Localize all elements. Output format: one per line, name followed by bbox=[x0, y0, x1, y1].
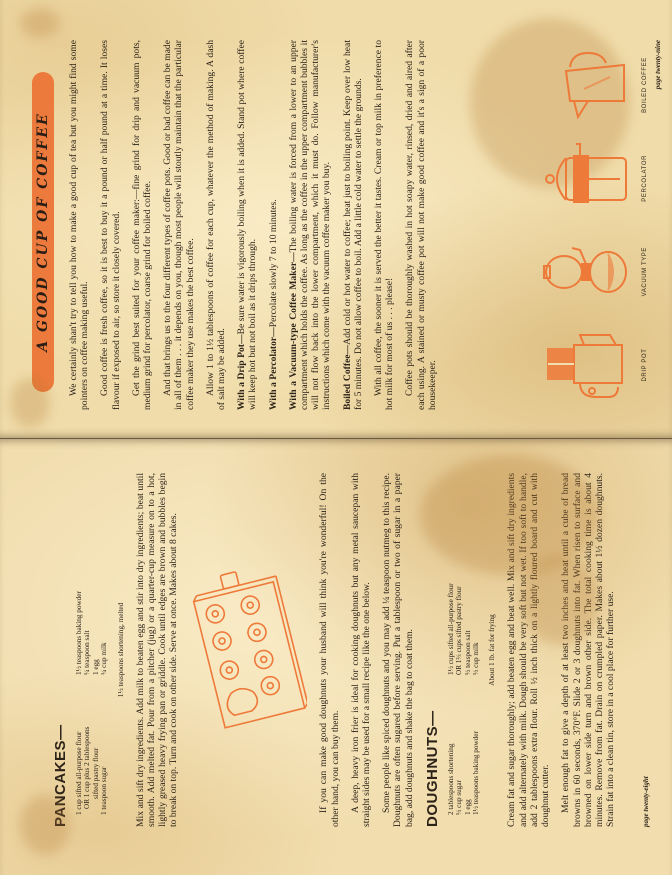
ingredient: ¾ cup milk bbox=[100, 535, 108, 675]
boiled-coffee-paragraph: Boiled Coffee—Add cold or hot water to c… bbox=[342, 40, 364, 410]
ingredient: 1 egg bbox=[92, 535, 100, 675]
book-spread: PANCAKES— 1 cup sifted all-purpose flour… bbox=[0, 0, 672, 875]
page-twenty-nine: A GOOD CUP OF COFFEE We certainly shan't… bbox=[0, 0, 672, 438]
coffee-maker-vacuum-type: VACUUM TYPE bbox=[540, 227, 648, 317]
ingredient: ¼ teaspoon salt bbox=[83, 535, 91, 675]
doughnuts-ingredients-left: 2 tablespoons shortening ⅓ cup sugar 1 e… bbox=[447, 675, 481, 815]
coffee-paragraph: With all coffee, the sooner it is served… bbox=[373, 40, 395, 410]
ingredient: 1½ cups sifted all-purpose flour bbox=[447, 535, 455, 675]
pancakes-ingredient-center: 1½ teaspoons shortening, melted bbox=[117, 473, 125, 827]
ingredient: OR 1 cup plus 2 tablespoons bbox=[83, 675, 91, 815]
coffee-paragraph: Get the grind best suited for your coffe… bbox=[131, 40, 153, 410]
doughnuts-intro-paragraph: If you can make good doughnuts your husb… bbox=[318, 473, 340, 827]
coffee-makers-illustrations: DRIP POT VACUUM TYPE bbox=[540, 40, 648, 410]
ingredient: 1 egg bbox=[464, 675, 472, 815]
page-number: page twenty-eight bbox=[642, 776, 650, 827]
doughnut-fryer-icon bbox=[189, 565, 307, 735]
pancakes-method: Mix and sift dry ingredients. Add milk t… bbox=[135, 473, 180, 827]
ingredient: 2 tablespoons shortening bbox=[447, 675, 455, 815]
coffee-paragraph: We certainly shan't try to tell you how … bbox=[68, 40, 90, 410]
doughnuts-ingredient-center: About 1 lb. fat for frying bbox=[488, 473, 496, 827]
coffee-paragraph: Coffee pots should be thoroughly washed … bbox=[404, 40, 438, 410]
pancakes-ingredients-right: 1½ teaspoons baking powder ¼ teaspoon sa… bbox=[75, 535, 109, 675]
boiled-coffee-pot-icon bbox=[540, 45, 630, 125]
ingredient: ½ teaspoon salt bbox=[464, 535, 472, 675]
drip-pot-paragraph: With a Drip Pot—Be sure water is vigorou… bbox=[236, 40, 258, 410]
page-number: page twenty-nine bbox=[654, 40, 662, 89]
doughnuts-ingredients: 2 tablespoons shortening ⅓ cup sugar 1 e… bbox=[447, 473, 481, 815]
coffee-paragraph: Allow 1 to 1½ tablespoons of coffee for … bbox=[205, 40, 227, 410]
percolator-label: PERCOLATOR bbox=[642, 155, 648, 202]
coffee-maker-boiled-coffee: BOILED COFFEE bbox=[540, 40, 648, 130]
ingredient: ⅓ cup milk bbox=[472, 535, 480, 675]
doughnuts-method: Melt enough fat to give a depth of at le… bbox=[560, 473, 616, 827]
coffee-maker-drip-pot: DRIP POT bbox=[540, 320, 648, 410]
doughnuts-ingredients-right: 1½ cups sifted all-purpose flour OR 1⅔ c… bbox=[447, 535, 481, 675]
ingredient: sifted pastry flour bbox=[92, 675, 100, 815]
coffee-paragraph: Good coffee is fresh coffee, so it is be… bbox=[99, 40, 121, 410]
pancakes-ingredients: 1 cup sifted all-purpose flour OR 1 cup … bbox=[75, 473, 109, 815]
coffee-title-banner: A GOOD CUP OF COFFEE bbox=[32, 72, 54, 392]
coffee-maker-percolator: PERCOLATOR bbox=[540, 133, 648, 223]
ingredient: 1½ teaspoons baking powder bbox=[75, 535, 83, 675]
ingredient: ⅓ cup sugar bbox=[455, 675, 463, 815]
doughnuts-intro-paragraph: A deep, heavy iron frier is ideal for co… bbox=[350, 473, 372, 827]
pancakes-ingredients-left: 1 cup sifted all-purpose flour OR 1 cup … bbox=[75, 675, 109, 815]
ingredient: 1½ teaspoons baking powder bbox=[472, 675, 480, 815]
vacuum-type-label: VACUUM TYPE bbox=[642, 247, 648, 296]
drip-pot-label: DRIP POT bbox=[642, 348, 648, 381]
page-twenty-eight: PANCAKES— 1 cup sifted all-purpose flour… bbox=[0, 438, 672, 875]
coffee-paragraph: And that brings us to the four different… bbox=[162, 40, 196, 410]
percolator-icon bbox=[540, 138, 630, 218]
doughnuts-method: Cream fat and sugar thoroughly; add beat… bbox=[506, 473, 551, 827]
ingredient: OR 1⅔ cups sifted pastry flour bbox=[455, 535, 463, 675]
doughnuts-title: DOUGHNUTS— bbox=[424, 473, 441, 827]
vacuum-paragraph: With a Vacuum-type Coffee Maker—The boil… bbox=[288, 40, 333, 410]
doughnut-fryer-illustration bbox=[188, 473, 308, 827]
pancakes-title: PANCAKES— bbox=[52, 473, 69, 827]
percolator-paragraph: With a Percolator—Percolate slowly 7 to … bbox=[268, 40, 279, 410]
ingredient: 1 teaspoon sugar bbox=[100, 675, 108, 815]
doughnuts-intro-paragraph: Some people like spiced doughnuts and yo… bbox=[381, 473, 415, 827]
boiled-coffee-label: BOILED COFFEE bbox=[642, 57, 648, 113]
drip-pot-icon bbox=[540, 325, 630, 405]
vacuum-pot-icon bbox=[540, 232, 630, 312]
ingredient: 1 cup sifted all-purpose flour bbox=[75, 675, 83, 815]
